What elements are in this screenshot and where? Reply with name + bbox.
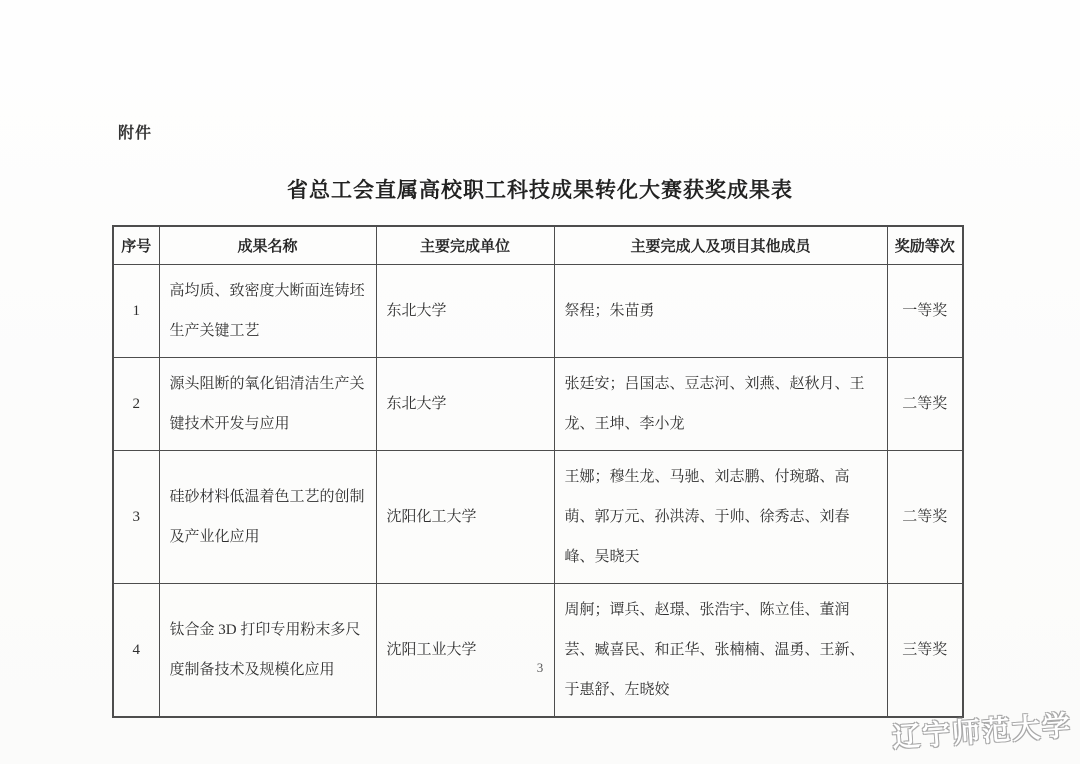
cell-unit: 东北大学 [376, 357, 554, 450]
cell-members: 祭程；朱苗勇 [554, 264, 887, 357]
cell-members: 张廷安；吕国志、豆志河、刘燕、赵秋月、王龙、王坤、李小龙 [554, 357, 887, 450]
page-title: 省总工会直属高校职工科技成果转化大赛获奖成果表 [0, 174, 1080, 204]
table-row: 4 钛合金 3D 打印专用粉末多尺度制备技术及规模化应用 沈阳工业大学 周舸；谭… [113, 583, 963, 717]
document-page: 附件 省总工会直属高校职工科技成果转化大赛获奖成果表 序号 成果名称 主要完成单… [0, 0, 1080, 764]
page-number: 3 [0, 660, 1080, 676]
cell-unit: 沈阳化工大学 [376, 450, 554, 583]
cell-no: 4 [113, 583, 159, 717]
header-unit: 主要完成单位 [376, 226, 554, 264]
awards-table: 序号 成果名称 主要完成单位 主要完成人及项目其他成员 奖励等次 1 高均质、致… [112, 225, 964, 718]
header-members: 主要完成人及项目其他成员 [554, 226, 887, 264]
table-row: 2 源头阻断的氧化铝清洁生产关键技术开发与应用 东北大学 张廷安；吕国志、豆志河… [113, 357, 963, 450]
header-no: 序号 [113, 226, 159, 264]
cell-unit: 沈阳工业大学 [376, 583, 554, 717]
cell-no: 2 [113, 357, 159, 450]
table-header-row: 序号 成果名称 主要完成单位 主要完成人及项目其他成员 奖励等次 [113, 226, 963, 264]
header-award: 奖励等次 [887, 226, 963, 264]
cell-name: 硅砂材料低温着色工艺的创制及产业化应用 [159, 450, 376, 583]
cell-award: 二等奖 [887, 357, 963, 450]
header-name: 成果名称 [159, 226, 376, 264]
cell-members: 王娜；穆生龙、马驰、刘志鹏、付琬璐、高萌、郭万元、孙洪涛、于帅、徐秀志、刘春峰、… [554, 450, 887, 583]
cell-name: 源头阻断的氧化铝清洁生产关键技术开发与应用 [159, 357, 376, 450]
cell-no: 1 [113, 264, 159, 357]
cell-members: 周舸；谭兵、赵璟、张浩宇、陈立佳、董润芸、臧喜民、和正华、张楠楠、温勇、王新、于… [554, 583, 887, 717]
cell-award: 二等奖 [887, 450, 963, 583]
attachment-label: 附件 [118, 120, 152, 143]
cell-unit: 东北大学 [376, 264, 554, 357]
cell-name: 钛合金 3D 打印专用粉末多尺度制备技术及规模化应用 [159, 583, 376, 717]
table-row: 3 硅砂材料低温着色工艺的创制及产业化应用 沈阳化工大学 王娜；穆生龙、马驰、刘… [113, 450, 963, 583]
cell-award: 一等奖 [887, 264, 963, 357]
cell-name: 高均质、致密度大断面连铸坯生产关键工艺 [159, 264, 376, 357]
table-row: 1 高均质、致密度大断面连铸坯生产关键工艺 东北大学 祭程；朱苗勇 一等奖 [113, 264, 963, 357]
cell-no: 3 [113, 450, 159, 583]
cell-award: 三等奖 [887, 583, 963, 717]
